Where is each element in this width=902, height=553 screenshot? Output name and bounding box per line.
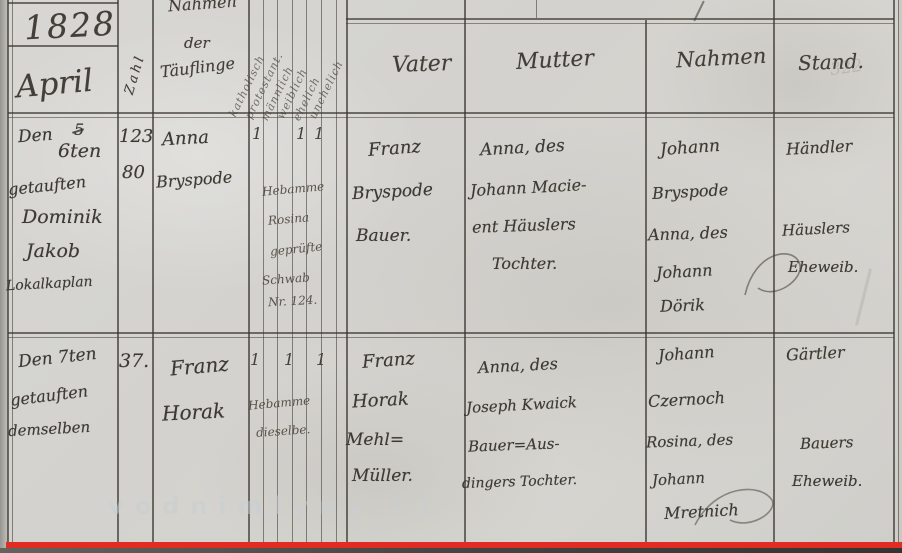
row1-tick-3: 1 bbox=[314, 124, 324, 143]
register-row-1: Den 5 6ten getauften Dominik Jakob Lokal… bbox=[0, 0, 902, 19]
row1-midwife-line5: Nr. 124. bbox=[268, 293, 318, 310]
row2-midwife-line2: dieselbe. bbox=[256, 422, 311, 440]
rule-row-sep-a bbox=[8, 332, 894, 334]
month-label: April bbox=[15, 63, 95, 106]
row1-date-day: 6ten bbox=[58, 140, 101, 162]
row1-tick-2: 1 bbox=[296, 124, 306, 143]
row1-mutter-line3: ent Häuslers bbox=[472, 214, 576, 237]
row2-date-line2: getauften bbox=[9, 381, 89, 409]
row2-tick-2: 1 bbox=[284, 350, 294, 369]
rule-left-inner bbox=[12, 0, 13, 548]
row2-number: 37. bbox=[119, 350, 149, 372]
row2-pathe2-name: Rosina, des bbox=[646, 430, 734, 451]
baptism-register-scan: 1828 April Zahl Nahmen der Täuflinge kat… bbox=[0, 0, 902, 553]
row2-mutter-line3: Bauer=Aus- bbox=[468, 434, 560, 455]
row1-number-top: 123 bbox=[119, 126, 153, 147]
year-label: 1828 bbox=[23, 4, 117, 48]
row1-midwife-line2: Rosina bbox=[267, 210, 309, 228]
row1-pathe1-firstname: Johann bbox=[659, 136, 720, 160]
row2-father-surname: Horak bbox=[161, 398, 225, 425]
row1-child-name-1: Dominik bbox=[22, 206, 103, 228]
row1-vater-line1: Franz bbox=[367, 136, 421, 161]
rule-header-top-b bbox=[346, 23, 894, 24]
row1-mother-name: Anna bbox=[161, 127, 209, 150]
row1-date-crossed-day: 5 bbox=[74, 120, 84, 139]
row1-priest-title: Lokalkaplan bbox=[6, 274, 93, 295]
rule-right-outer bbox=[893, 0, 895, 548]
row1-vater-line3: Bauer. bbox=[356, 226, 411, 246]
row1-mother-surname: Bryspode bbox=[155, 167, 232, 191]
taufling-header-line2: der bbox=[184, 34, 210, 52]
row1-pathe2-father: Johann bbox=[656, 261, 713, 283]
rule-date-number bbox=[117, 0, 119, 543]
pathen-name-header: Nahmen bbox=[675, 44, 766, 73]
row1-midwife-line4: Schwab bbox=[262, 270, 311, 287]
rule-header-bottom-b bbox=[8, 117, 894, 118]
row2-mutter-line1: Anna, des bbox=[478, 354, 559, 377]
row1-midwife-line1: Hebamme bbox=[262, 179, 325, 198]
vater-header: Vater bbox=[392, 51, 452, 78]
row1-pathe2-name: Anna, des bbox=[648, 223, 728, 245]
rule-number-name bbox=[152, 0, 154, 543]
rule-narrow-vater bbox=[346, 0, 348, 543]
row1-date-prefix: Den bbox=[17, 125, 53, 147]
row2-vater-line4: Müller. bbox=[352, 466, 413, 486]
ink-flourish-row1 bbox=[740, 240, 810, 310]
row1-stand-line2: Häuslers bbox=[782, 218, 851, 240]
row2-vater-line3: Mehl= bbox=[346, 430, 404, 450]
row2-tick-3: 1 bbox=[316, 350, 326, 369]
row2-tick-1: 1 bbox=[250, 350, 260, 369]
bleedthrough-number: 322 bbox=[829, 56, 864, 80]
row2-father-name: Franz bbox=[169, 351, 230, 380]
rule-header-bottom-a bbox=[8, 112, 894, 114]
rule-header-top-a bbox=[346, 18, 894, 20]
taufling-header-line3: Täuflinge bbox=[159, 53, 236, 81]
row2-mutter-line2: Joseph Kwaick bbox=[466, 393, 578, 417]
row2-mutter-line4: dingers Tochter. bbox=[462, 472, 578, 492]
rule-right-inner bbox=[898, 0, 899, 548]
rule-mutter-namen bbox=[645, 20, 647, 543]
ink-flourish-row2 bbox=[690, 480, 780, 535]
row1-mutter-line2: Johann Macie- bbox=[470, 175, 587, 200]
row1-vater-line2: Bryspode bbox=[352, 180, 434, 204]
archive-watermark: vodnimlyny.cz bbox=[108, 492, 442, 520]
row2-midwife-line1: Hebamme bbox=[248, 393, 311, 412]
row1-child-name-2: Jakob bbox=[26, 240, 80, 262]
row1-pathe2-surname: Dörik bbox=[660, 295, 706, 316]
row1-stand-line1: Händler bbox=[786, 136, 853, 158]
number-column-vertical-label: Zahl bbox=[122, 52, 148, 96]
rule-left-outer bbox=[7, 0, 9, 548]
rule-vater-mutter bbox=[464, 0, 466, 543]
row1-mutter-line4: Tochter. bbox=[492, 254, 557, 273]
row2-stand-line2: Bauers bbox=[800, 433, 854, 453]
row1-date-line2: getauften bbox=[7, 172, 87, 199]
mutter-header: Mutter bbox=[515, 46, 594, 75]
row1-number-bottom: 80 bbox=[122, 162, 145, 183]
row1-mutter-line1: Anna, des bbox=[480, 136, 566, 160]
row1-tick-1: 1 bbox=[252, 124, 262, 143]
rule-stray-top bbox=[536, 0, 537, 18]
row2-date-line1: Den 7ten bbox=[17, 344, 97, 372]
rule-row-sep-b bbox=[8, 337, 894, 338]
bottom-scan-strip bbox=[0, 548, 902, 553]
bleedthrough-streak bbox=[855, 268, 872, 325]
row2-vater-line2: Horak bbox=[351, 389, 409, 413]
row2-pathe1-surname: Czernoch bbox=[648, 388, 726, 411]
row2-date-line3: demselben bbox=[8, 418, 91, 440]
row1-pathe1-surname: Bryspode bbox=[652, 180, 729, 203]
row2-stand-line1: Gärtler bbox=[786, 342, 846, 364]
row2-vater-line1: Franz bbox=[361, 348, 415, 373]
row2-stand-line3: Eheweib. bbox=[792, 472, 862, 490]
row2-pathe1-firstname: Johann bbox=[657, 342, 715, 365]
